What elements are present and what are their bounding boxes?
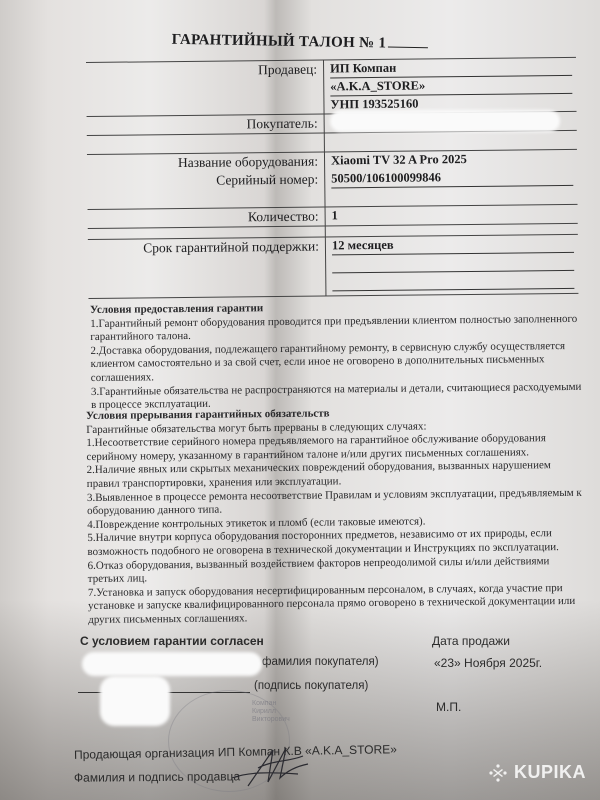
kupika-watermark: KUPIKA bbox=[488, 762, 586, 783]
seller-label: Продавец: bbox=[86, 61, 325, 116]
stamp-line: Компан bbox=[252, 700, 290, 708]
buyer-signature-label: (подпись покупателя) bbox=[254, 680, 368, 692]
seller-signature-icon bbox=[228, 742, 328, 792]
warranty-row: Срок гарантийной поддержки: 12 месяцев bbox=[88, 234, 579, 299]
surname-label: фамилия покупателя) bbox=[262, 656, 379, 668]
stamp-line: Викторович bbox=[252, 716, 290, 724]
buyer-redaction bbox=[330, 110, 560, 132]
stamp-text: Компан Кирилл Викторович bbox=[252, 700, 290, 724]
serial-blank bbox=[331, 186, 577, 207]
sale-date-value: «23» Ноября 2025г. bbox=[434, 656, 542, 670]
quantity-label: Количество: bbox=[88, 207, 326, 227]
seller-signature-label: Фамилия и подпись продавца bbox=[74, 769, 240, 784]
warranty-conditions: Условия предоставления гарантии 1.Гарант… bbox=[90, 299, 586, 413]
title-text: ГАРАНТИЙНЫЙ ТАЛОН № 1 bbox=[172, 32, 387, 52]
sale-date-label: Дата продажи bbox=[432, 634, 510, 648]
warranty-label: Срок гарантийной поддержки: bbox=[88, 237, 327, 297]
warranty-form: Продавец: ИП Компан «A.K.A_STORE» УНП 19… bbox=[86, 57, 578, 299]
quantity-value: 1 bbox=[326, 205, 578, 226]
blank-label bbox=[87, 134, 325, 154]
buyer-name-redaction bbox=[82, 652, 262, 676]
kupika-logo-icon bbox=[488, 763, 508, 783]
document-title: ГАРАНТИЙНЫЙ ТАЛОН № 1 bbox=[0, 29, 600, 56]
seller-value: ИП Компан «A.K.A_STORE» УНП 193525160 bbox=[324, 58, 577, 114]
termination-conditions: Условия прерывания гарантийных обязатель… bbox=[86, 405, 583, 628]
stamp-line: Кирилл bbox=[252, 708, 290, 716]
seller-row: Продавец: ИП Компан «A.K.A_STORE» УНП 19… bbox=[86, 57, 577, 116]
watermark-text: KUPIKA bbox=[514, 762, 586, 783]
serial-label: Серийный номер: bbox=[87, 171, 325, 209]
buyer-signature-redaction bbox=[100, 676, 170, 726]
blank-value bbox=[325, 131, 577, 152]
serial-value: 50500/106100099846 bbox=[325, 168, 577, 207]
stamp-place-label: М.П. bbox=[436, 700, 461, 714]
serial-row: Серийный номер: 50500/106100099846 bbox=[87, 168, 577, 209]
warranty-line-3 bbox=[332, 271, 574, 292]
warranty-value: 12 месяцев bbox=[326, 235, 579, 296]
number-line bbox=[388, 47, 428, 49]
termination-item: 7.Установка и запуск оборудования несерт… bbox=[88, 582, 583, 628]
agree-text: С условием гарантии согласен bbox=[80, 634, 264, 648]
buyer-label: Покупатель: bbox=[87, 115, 325, 135]
condition-item: 2.Доставка оборудования, подлежащего гар… bbox=[90, 340, 585, 386]
